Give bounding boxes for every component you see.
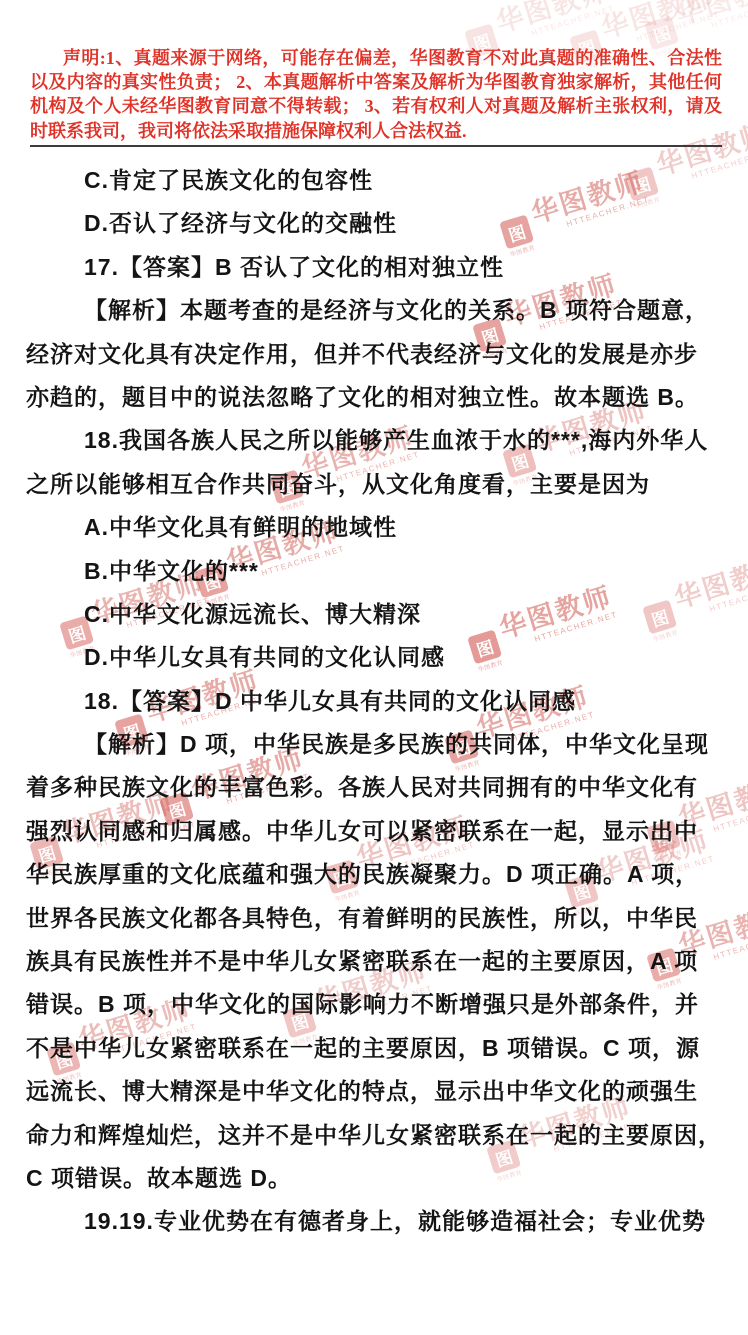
text-line: 亦趋的，题目中的说法忽略了文化的相对独立性。故本题选 B。 [26, 376, 732, 419]
text-line-option-d18: D.中华儿女具有共同的文化认同感 [26, 636, 732, 679]
watermark-domain-text: HTTEACHER.NET [682, 0, 748, 38]
watermark-domain-text: HTTEACHER.NET [502, 4, 616, 46]
text-line-option-b18: B.中华文化的*** [26, 550, 732, 593]
text-line: 不是中华儿女紧密联系在一起的主要原因，B 项错误。C 项，源 [26, 1027, 732, 1070]
watermark-brand-text: 华图教师 [673, 0, 748, 31]
divider-line [30, 145, 722, 147]
text-line: 世界各民族文化都各具特色，有着鲜明的民族性，所以，中华民 [26, 897, 732, 940]
text-line-option-c17: C.肯定了民族文化的包容性 [26, 159, 732, 202]
text-line-question-19: 19.19.专业优势在有德者身上，就能够造福社会；专业优势 [26, 1200, 732, 1243]
text-line: 强烈认同感和归属感。中华儿女可以紧密联系在一起，显示出中 [26, 810, 732, 853]
disclaimer: 声明:1、真题来源于网络，可能存在偏差，华图教育不对此真题的准确性、合法性以及内… [30, 46, 722, 143]
document-content: C.肯定了民族文化的包容性 D.否认了经济与文化的交融性 17.【答案】B 否认… [26, 159, 732, 1244]
watermark-brand-text: 华图教师 [493, 0, 613, 39]
text-line: 错误。B 项，中华文化的国际影响力不断增强只是外部条件，并 [26, 983, 732, 1026]
text-line: 华民族厚重的文化底蕴和强大的民族凝聚力。D 项正确。A 项， [26, 853, 732, 896]
text-line-option-a18: A.中华文化具有鲜明的地域性 [26, 506, 732, 549]
text-line: 远流长、博大精深是中华文化的特点，显示出中华文化的顽强生 [26, 1070, 732, 1113]
text-line-question-18: 18.我国各族人民之所以能够产生血浓于水的***,海内外华人 [26, 419, 732, 462]
disclaimer-text: 1、真题来源于网络，可能存在偏差，华图教育不对此真题的准确性、合法性以及内容的真… [30, 48, 722, 141]
watermark-brand-text: 华图教师 [598, 0, 718, 45]
text-line: 命力和辉煌灿烂，这并不是中华儿女紧密联系在一起的主要原因， [26, 1114, 732, 1157]
text-line-option-c18: C.中华文化源远流长、博大精深 [26, 593, 732, 636]
text-line: 之所以能够相互合作共同奋斗，从文化角度看，主要是因为 [26, 463, 732, 506]
document-page: 图华图教育华图教师HTTEACHER.NET图华图教育华图教师HTTEACHER… [0, 0, 748, 1335]
text-line-answer-17: 17.【答案】B 否认了文化的相对独立性 [26, 246, 732, 289]
text-line: 着多种民族文化的丰富色彩。各族人民对共同拥有的中华文化有 [26, 766, 732, 809]
text-line-option-d17: D.否认了经济与文化的交融性 [26, 202, 732, 245]
text-line: 族具有民族性并不是中华儿女紧密联系在一起的主要原因，A 项 [26, 940, 732, 983]
text-line-answer-18: 18.【答案】D 中华儿女具有共同的文化认同感 [26, 680, 732, 723]
text-line: C 项错误。故本题选 D。 [26, 1157, 732, 1200]
disclaimer-label: 声明: [63, 48, 106, 68]
text-line: 经济对文化具有决定作用，但并不代表经济与文化的发展是亦步 [26, 333, 732, 376]
text-line-analysis-17: 【解析】本题考查的是经济与文化的关系。B 项符合题意， [26, 289, 732, 332]
text-line-analysis-18: 【解析】D 项，中华民族是多民族的共同体，中华文化呈现 [26, 723, 732, 766]
